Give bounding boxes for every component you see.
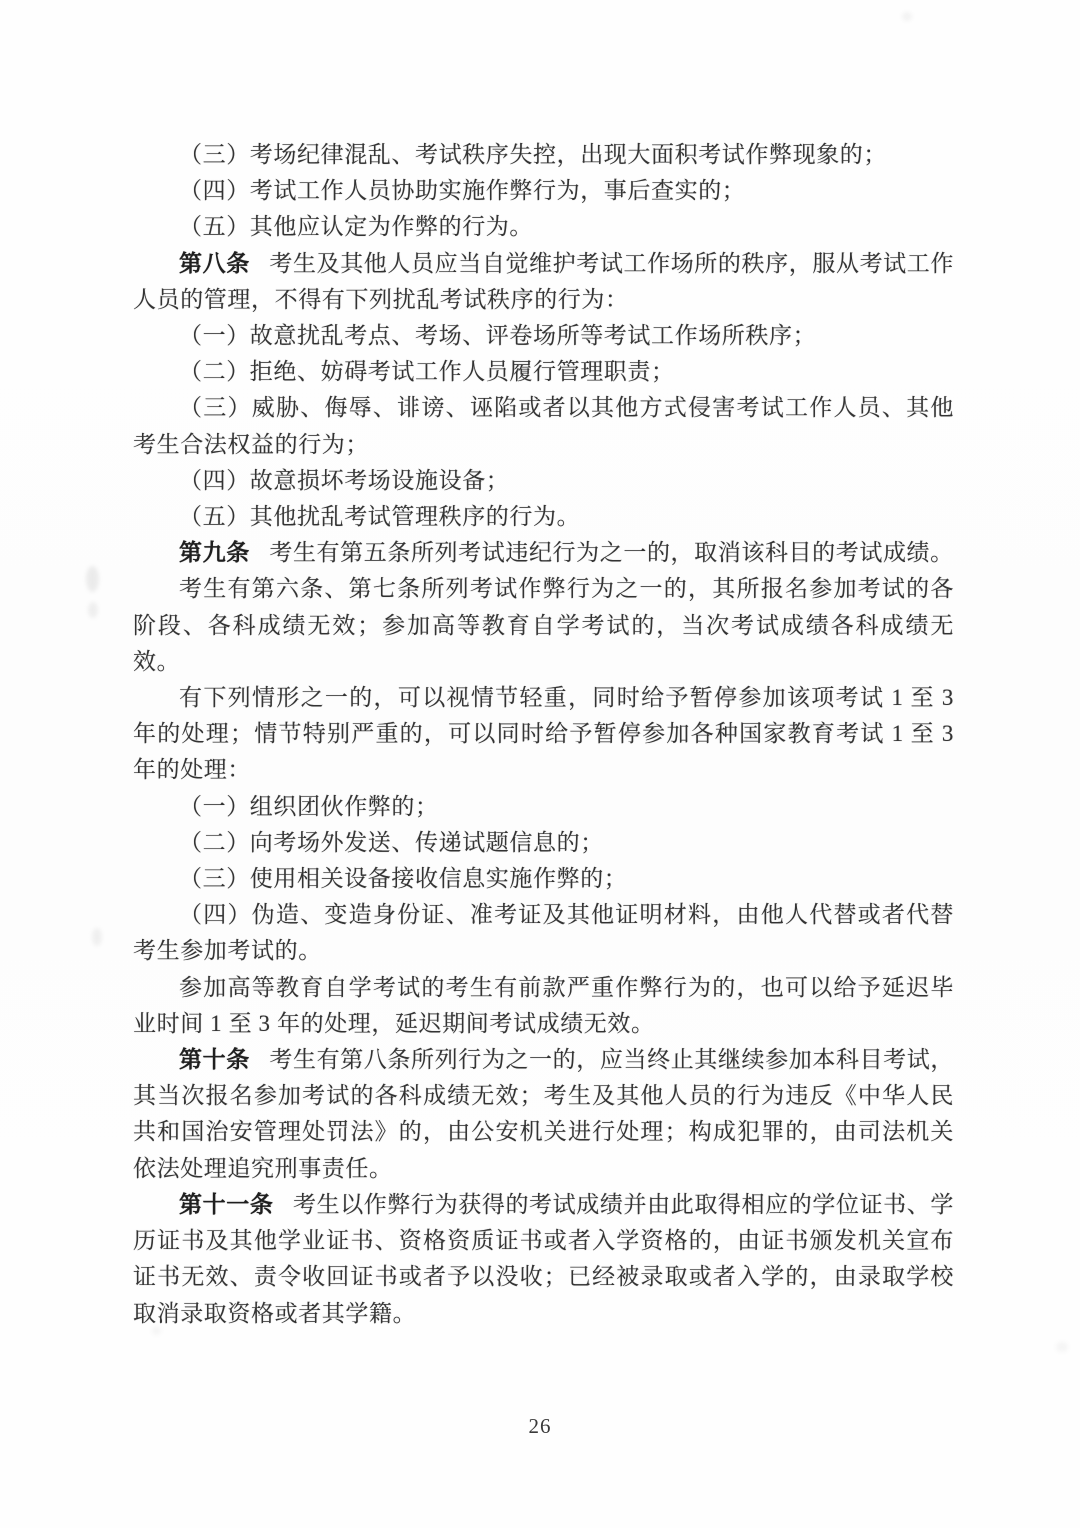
article-text: 考生有第五条所列考试违纪行为之一的，取消该科目的考试成绩。	[269, 540, 953, 565]
article-paragraph: 第九条考生有第五条所列考试违纪行为之一的，取消该科目的考试成绩。	[133, 535, 954, 571]
list-item: （四）考试工作人员协助实施作弊行为，事后查实的；	[133, 173, 954, 209]
page-number: 26	[0, 1414, 1080, 1439]
body-paragraph: 考生有第六条、第七条所列考试作弊行为之一的，其所报名参加考试的各阶段、各科成绩无…	[133, 571, 954, 680]
list-item: （一）组织团伙作弊的；	[133, 789, 954, 825]
scan-artifact	[152, 1326, 161, 1335]
list-item: （四）故意损坏考场设施设备；	[133, 463, 954, 499]
list-item: （五）其他扰乱考试管理秩序的行为。	[133, 499, 954, 535]
scan-artifact	[88, 602, 98, 618]
article-number: 第八条	[179, 251, 250, 276]
article-text: 考生及其他人员应当自觉维护考试工作场所的秩序，服从考试工作人员的管理，不得有下列…	[133, 251, 954, 312]
list-item: （三）考场纪律混乱、考试秩序失控，出现大面积考试作弊现象的；	[133, 137, 954, 173]
list-item: （二）拒绝、妨碍考试工作人员履行管理职责；	[133, 354, 954, 390]
article-paragraph: 第十条考生有第八条所列行为之一的，应当终止其继续参加本科目考试，其当次报名参加考…	[133, 1042, 954, 1187]
scan-artifact	[92, 928, 102, 946]
list-item: （四）伪造、变造身份证、准考证及其他证明材料，由他人代替或者代替考生参加考试的。	[133, 897, 954, 969]
scan-artifact	[86, 566, 99, 592]
article-paragraph: 第八条考生及其他人员应当自觉维护考试工作场所的秩序，服从考试工作人员的管理，不得…	[133, 246, 954, 318]
article-number: 第十条	[179, 1047, 250, 1072]
scan-artifact	[902, 12, 912, 21]
document-text-block: （三）考场纪律混乱、考试秩序失控，出现大面积考试作弊现象的； （四）考试工作人员…	[133, 137, 954, 1332]
list-item: （三）使用相关设备接收信息实施作弊的；	[133, 861, 954, 897]
body-paragraph: 有下列情形之一的，可以视情节轻重，同时给予暂停参加该项考试 1 至 3 年的处理…	[133, 680, 954, 789]
body-paragraph: 参加高等教育自学考试的考生有前款严重作弊行为的，也可以给予延迟毕业时间 1 至 …	[133, 970, 954, 1042]
list-item: （一）故意扰乱考点、考场、评卷场所等考试工作场所秩序；	[133, 318, 954, 354]
article-text: 考生有第八条所列行为之一的，应当终止其继续参加本科目考试，其当次报名参加考试的各…	[133, 1047, 954, 1181]
article-paragraph: 第十一条考生以作弊行为获得的考试成绩并由此取得相应的学位证书、学历证书及其他学业…	[133, 1187, 954, 1332]
article-number: 第九条	[179, 540, 250, 565]
scan-artifact	[1056, 1342, 1068, 1352]
document-page: （三）考场纪律混乱、考试秩序失控，出现大面积考试作弊现象的； （四）考试工作人员…	[0, 0, 1080, 1528]
article-number: 第十一条	[179, 1192, 273, 1217]
list-item: （二）向考场外发送、传递试题信息的；	[133, 825, 954, 861]
list-item: （三）威胁、侮辱、诽谤、诬陷或者以其他方式侵害考试工作人员、其他考生合法权益的行…	[133, 390, 954, 462]
list-item: （五）其他应认定为作弊的行为。	[133, 209, 954, 245]
